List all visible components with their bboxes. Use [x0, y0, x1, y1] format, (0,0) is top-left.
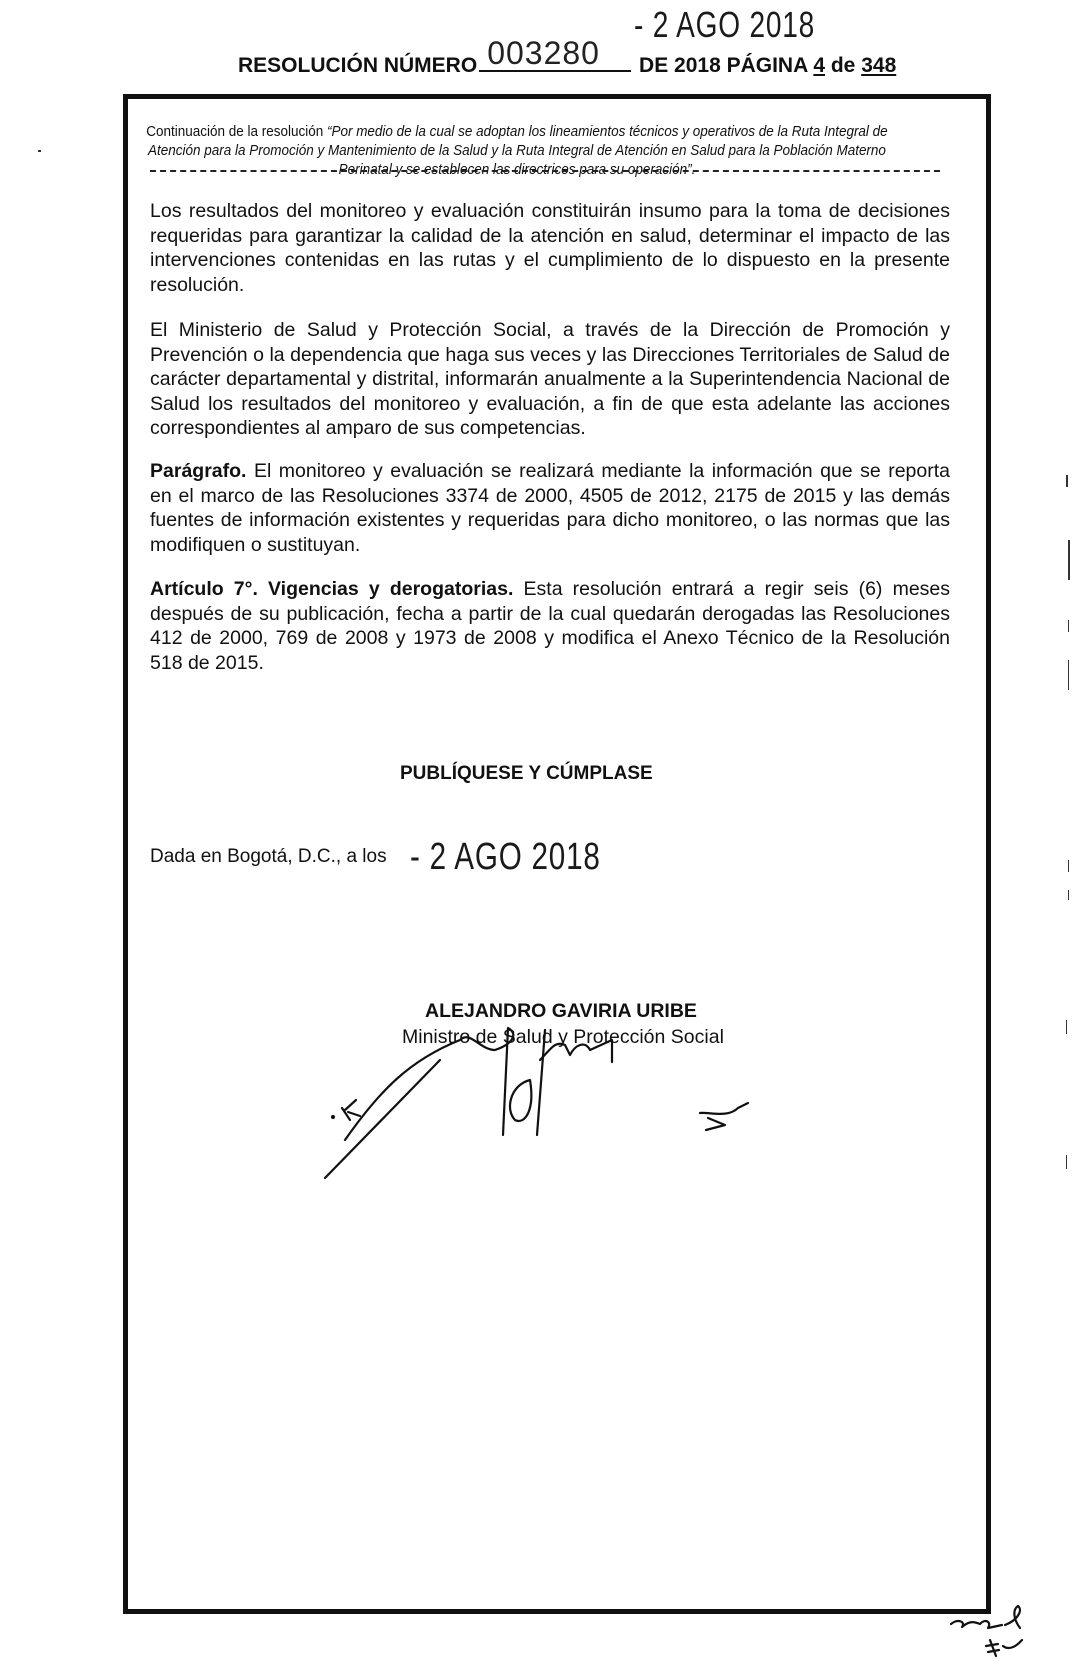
articulo-7-label: Artículo 7°. Vigencias y derogatorias. [150, 578, 513, 600]
dada-en-line: Dada en Bogotá, D.C., a los [150, 846, 387, 868]
page-total: 348 [861, 54, 896, 77]
publiquese-heading: PUBLÍQUESE Y CÚMPLASE [400, 763, 653, 785]
dashed-divider [150, 170, 940, 172]
scan-speck [1068, 660, 1069, 690]
heading-prefix: RESOLUCIÓN NÚMERO [238, 54, 477, 77]
paragraph-paragrafo: Parágrafo. El monitoreo y evaluación se … [150, 459, 950, 557]
paragrafo-label: Parágrafo. [150, 460, 246, 482]
continuation-lead: Continuación de la resolución [146, 124, 327, 140]
heading-year: DE 2018 PÁGINA [639, 54, 807, 77]
header-date-stamp: - 2 AGO 2018 [634, 4, 815, 46]
resolution-number-field: 003280 [479, 52, 631, 72]
resolution-number: 003280 [487, 35, 600, 72]
scan-speck [1066, 475, 1068, 487]
paragraph-monitoring-results: Los resultados del monitoreo y evaluació… [150, 199, 950, 297]
scan-speck [1066, 1155, 1067, 1169]
scan-speck [1068, 890, 1069, 900]
resolution-heading: RESOLUCIÓN NÚMERO003280 DE 2018 PÁGINA 4… [238, 52, 896, 78]
scan-speck [1068, 860, 1069, 872]
signatory-title: Ministro de Salud y Protección Social [402, 1026, 724, 1049]
footer-date-stamp: - 2 AGO 2018 [410, 836, 601, 879]
signatory-name: ALEJANDRO GAVIRIA URIBE [425, 1000, 697, 1023]
paragrafo-text: El monitoreo y evaluación se realizará m… [150, 460, 950, 556]
paragraph-ministry-report: El Ministerio de Salud y Protección Soci… [150, 318, 950, 441]
paragraph-articulo-7: Artículo 7°. Vigencias y derogatorias. E… [150, 577, 950, 675]
scan-speck [1068, 620, 1069, 632]
page-current: 4 [813, 54, 825, 77]
page-of: de [831, 54, 856, 77]
scan-speck [1066, 1020, 1067, 1034]
scan-speck [1068, 540, 1070, 580]
scan-speck [38, 150, 41, 152]
